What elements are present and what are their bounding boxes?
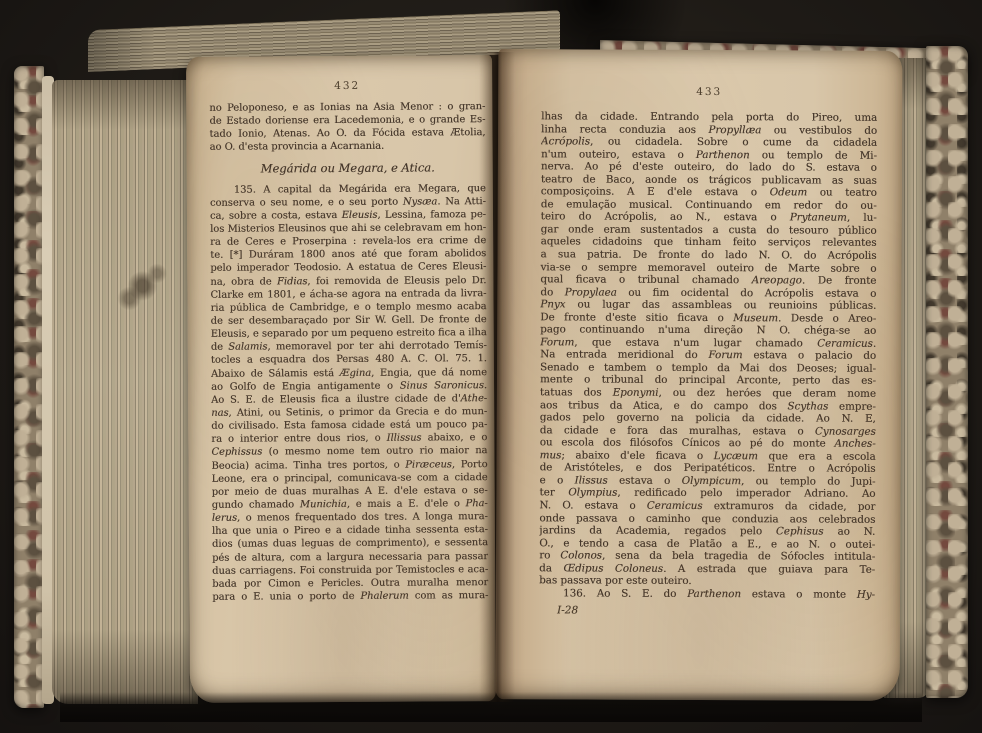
- text-line: pés de altura, com a largura necessaria …: [212, 550, 488, 565]
- book-photograph: 432 no Peloponeso, e as Ionias na Asia M…: [0, 0, 982, 733]
- text-line: ou escola dos filósofos Cínicos ao pé do…: [540, 437, 876, 451]
- text-line: gados pelo governo na policia da cidade.…: [540, 411, 876, 425]
- page-number-right: 433: [541, 85, 877, 98]
- page-number-left: 432: [209, 79, 485, 93]
- right-page-text-column: 433 lhas da cidade. Entrando pela porta …: [539, 85, 877, 618]
- section-heading: Megárida ou Megara, e Atica.: [210, 160, 486, 176]
- left-page: 432 no Peloponeso, e as Ionias na Asia M…: [186, 55, 496, 703]
- text-line: tado Ionio, Atenas. Ao O. da Fócida esta…: [209, 126, 485, 141]
- text-line: a sua patria. De fronte do lado N. O. do…: [540, 248, 876, 262]
- text-line: para o E. unia o porto de Phalerum com a…: [212, 589, 488, 604]
- text-line: na, obra de Fidias, foi removida de Eleu…: [210, 274, 486, 289]
- right-page-text: lhas da cidade. Entrando pela porta do P…: [539, 110, 877, 601]
- text-line: dios (umas duas leguas de comprimento), …: [212, 536, 488, 551]
- text-line: bas passava por este outeiro.: [539, 575, 875, 589]
- text-line: jardins da Academia, regados pelo Cephis…: [539, 524, 875, 538]
- text-line: Cephissus (o mesmo nome tem outro rio ma…: [211, 444, 487, 459]
- text-line: pelo imperador Teodosio. A estatua de Ce…: [210, 261, 486, 276]
- right-page: 433 lhas da cidade. Entrando pela porta …: [496, 49, 903, 701]
- text-line: Acrópolis, ou cidadela. Sobre o cume da …: [541, 135, 877, 149]
- text-line: Beocia) acima. Tinha tres portos, o Piræ…: [211, 458, 487, 473]
- text-line: composiçoins. A E d'ele estava o Odeum o…: [541, 186, 877, 200]
- text-line: 135. A capital da Megárida era Megara, q…: [210, 182, 486, 197]
- left-cover-marbled-edge: [14, 66, 44, 708]
- text-line: 136. Ao S. E. do Parthenon estava o mont…: [539, 587, 875, 601]
- text-line: pago continuando n'uma direção N O. chég…: [540, 324, 876, 338]
- left-page-text-column: 432 no Peloponeso, e as Ionias na Asia M…: [209, 79, 488, 604]
- text-line: tocles a esquadra dos Persas 480 A. C. O…: [211, 352, 487, 367]
- text-line: nerva. Ao pé d'este outeiro, do lado do …: [541, 160, 877, 174]
- printer-signature: I-28: [539, 605, 875, 618]
- text-line: ao O. d'esta provincia a Acarnania.: [210, 140, 486, 155]
- text-line: lhas da cidade. Entrando pela porta do P…: [541, 110, 877, 124]
- right-cover-marbled-edge: [926, 46, 968, 698]
- left-page-text: no Peloponeso, e as Ionias na Asia Menor…: [209, 100, 488, 604]
- text-line: Pnyx ou lugar das assambleas ou reunioin…: [540, 299, 876, 313]
- left-fore-edge-pages: [52, 80, 198, 704]
- text-line: tatuas dos Eponymi, ou dez heróes que de…: [540, 386, 876, 400]
- text-line: N. O. estava o Ceramicus extramuros da c…: [539, 499, 875, 513]
- text-line: Abaixo de Sálamis está Ægina, Engia, que…: [211, 366, 487, 381]
